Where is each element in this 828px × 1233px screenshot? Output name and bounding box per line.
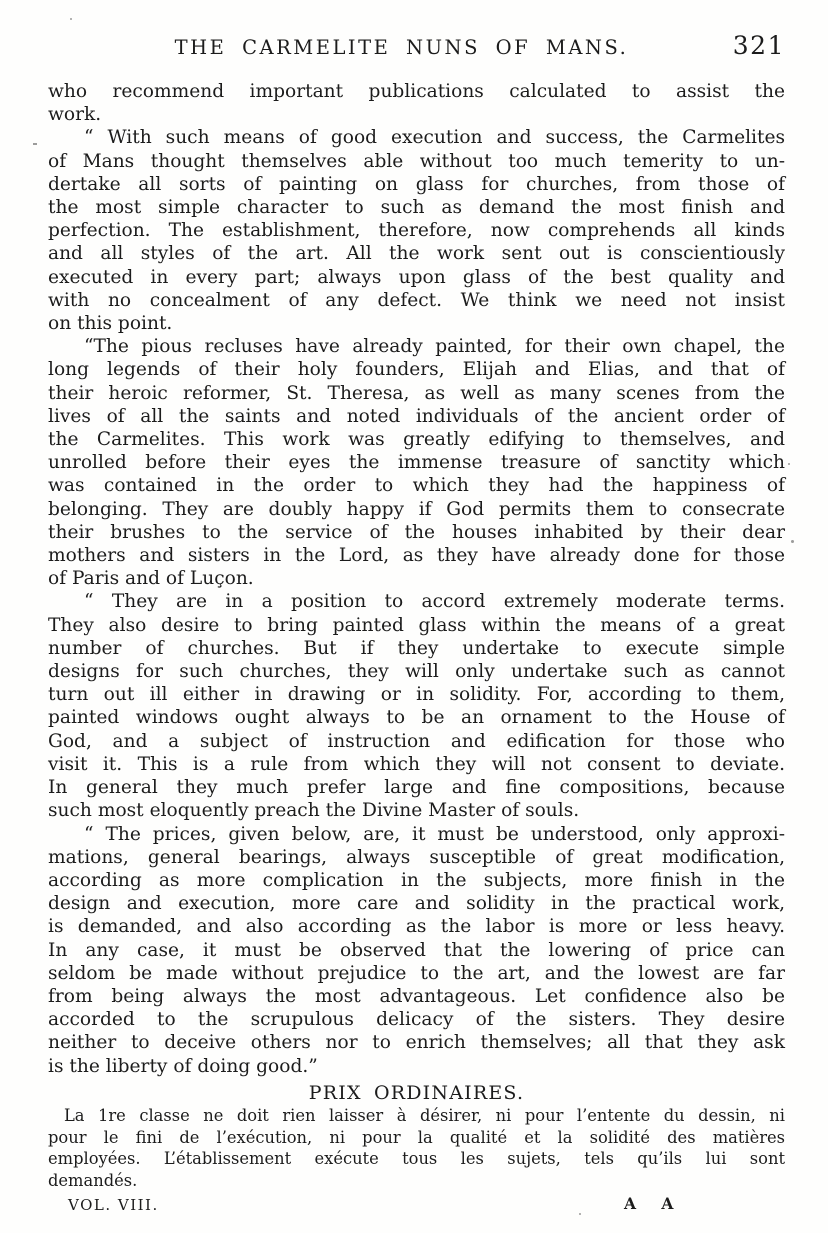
volume-label: VOL. VIII.: [68, 1196, 159, 1214]
text-line: “ They are in a position to accord extre…: [48, 590, 785, 613]
text-line: belonging. They are doubly happy if God …: [48, 498, 785, 521]
running-title: THE CARMELITE NUNS OF MANS.: [48, 36, 755, 59]
text-line: their heroic reformer, St. Theresa, as w…: [48, 382, 785, 405]
text-line: who recommend important publications cal…: [48, 80, 785, 103]
paragraph: who recommend important publications cal…: [48, 80, 785, 126]
text-line: is demanded, and also according as the l…: [48, 915, 785, 938]
text-line: lives of all the saints and noted indivi…: [48, 405, 785, 428]
text-line: such most eloquently preach the Divine M…: [48, 799, 785, 822]
text-line: is the liberty of doing good.”: [48, 1055, 785, 1078]
printer-signature: A A: [624, 1194, 675, 1213]
text-line: “ The prices, given below, are, it must …: [48, 823, 785, 846]
text-line: demandés.: [48, 1170, 785, 1192]
text-line: “ With such means of good execution and …: [48, 126, 785, 149]
text-line: They also desire to bring painted glass …: [48, 614, 785, 637]
text-line: number of churches. But if they undertak…: [48, 637, 785, 660]
text-line: perfection. The establishment, therefore…: [48, 219, 785, 242]
text-line: mations, general bearings, always suscep…: [48, 846, 785, 869]
page-header: THE CARMELITE NUNS OF MANS. 321: [48, 36, 785, 66]
paragraph: “The pious recluses have already painted…: [48, 335, 785, 590]
text-line: turn out ill either in drawing or in sol…: [48, 683, 785, 706]
text-line: “The pious recluses have already painted…: [48, 335, 785, 358]
text-line: designs for such churches, they will onl…: [48, 660, 785, 683]
page-footer: VOL. VIII. A A: [48, 1194, 785, 1218]
text-line: of Mans thought themselves able without …: [48, 150, 785, 173]
text-line: according as more complication in the su…: [48, 869, 785, 892]
text-line: God, and a subject of instruction and ed…: [48, 730, 785, 753]
text-line: the most simple character to such as dem…: [48, 196, 785, 219]
text-line: long legends of their holy founders, Eli…: [48, 358, 785, 381]
book-page: THE CARMELITE NUNS OF MANS. 321 who reco…: [0, 0, 828, 1233]
text-line: unrolled before their eyes the immense t…: [48, 451, 785, 474]
section-heading: PRIX ORDINAIRES.: [48, 1081, 785, 1105]
text-line: seldom be made without prejudice to the …: [48, 962, 785, 985]
paragraph: “ The prices, given below, are, it must …: [48, 823, 785, 1078]
paragraph: “ They are in a position to accord extre…: [48, 590, 785, 822]
text-line: executed in every part; always upon glas…: [48, 266, 785, 289]
text-line: and all styles of the art. All the work …: [48, 242, 785, 265]
text-line: work.: [48, 103, 785, 126]
text-line: was contained in the order to which they…: [48, 474, 785, 497]
text-line: In any case, it must be observed that th…: [48, 939, 785, 962]
body-text: who recommend important publications cal…: [48, 80, 785, 1078]
paragraph: La 1re classe ne doit rien laisser à dés…: [48, 1105, 785, 1192]
text-line: neither to deceive others nor to enrich …: [48, 1031, 785, 1054]
text-line: pour le fini de l’exécution, ni pour la …: [48, 1127, 785, 1149]
text-line: design and execution, more care and soli…: [48, 892, 785, 915]
text-line: the Carmelites. This work was greatly ed…: [48, 428, 785, 451]
text-line: In general they much prefer large and fi…: [48, 776, 785, 799]
text-line: painted windows ought always to be an or…: [48, 706, 785, 729]
text-line: La 1re classe ne doit rien laisser à dés…: [48, 1105, 785, 1127]
text-line: dertake all sorts of painting on glass f…: [48, 173, 785, 196]
text-line: visit it. This is a rule from which they…: [48, 753, 785, 776]
text-line: with no concealment of any defect. We th…: [48, 289, 785, 312]
scan-speck: [791, 540, 794, 543]
french-price-note: La 1re classe ne doit rien laisser à dés…: [48, 1105, 785, 1192]
page-number: 321: [733, 31, 785, 60]
text-line: mothers and sisters in the Lord, as they…: [48, 544, 785, 567]
scan-speck: [788, 463, 790, 465]
text-line: accorded to the scrupulous delicacy of t…: [48, 1008, 785, 1031]
paragraph: “ With such means of good execution and …: [48, 126, 785, 335]
scan-speck: [579, 1213, 581, 1215]
scan-speck: [33, 143, 37, 145]
text-line: from being always the most advantageous.…: [48, 985, 785, 1008]
text-line: on this point.: [48, 312, 785, 335]
text-line: of Paris and of Luçon.: [48, 567, 785, 590]
scan-speck: [70, 18, 72, 20]
text-line: employées. L’établissement exécute tous …: [48, 1148, 785, 1170]
text-line: their brushes to the service of the hous…: [48, 521, 785, 544]
